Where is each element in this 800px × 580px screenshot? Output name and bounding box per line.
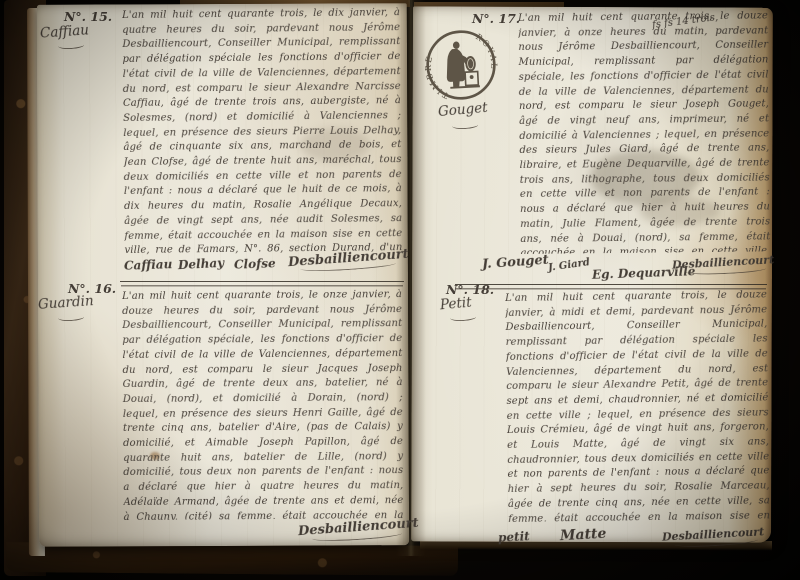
act-18-margin-name: Petit: [439, 295, 472, 314]
act-15-body: L'an mil huit cent quarante trois, le di…: [122, 6, 403, 255]
act-15-signature: Caffiau: [124, 257, 173, 273]
act-15-signature: Clofse: [234, 256, 276, 271]
act-18-signature: Matte: [560, 526, 607, 544]
book-cover-bottom-edge: [6, 542, 458, 576]
svg-text:ROYAL: ROYAL: [474, 31, 500, 72]
act-divider-rule: [455, 284, 767, 288]
svg-text:TIMBRE: TIMBRE: [422, 52, 451, 102]
timbre-royal-stamp-icon: TIMBRE ROYAL: [422, 26, 500, 104]
act-15-margin-name: Caffiau: [40, 22, 90, 41]
act-15-signature: Delhay: [178, 256, 225, 272]
stamp-figure: [445, 40, 480, 88]
act-17-body: L'an mil huit cent quarante trois, le do…: [518, 9, 771, 254]
register-book-photo: N°. 15. Caffiau L'an mil huit cent quara…: [0, 0, 800, 580]
act-16-body: L'an mil huit cent quarante trois, le on…: [122, 288, 404, 520]
act-17-number: N°. 17.: [472, 11, 520, 26]
act-divider-rule: [120, 281, 404, 285]
act-18-signature: petit: [498, 529, 530, 545]
act-18-body: L'an mil huit cent quarante trois, le do…: [505, 288, 770, 522]
